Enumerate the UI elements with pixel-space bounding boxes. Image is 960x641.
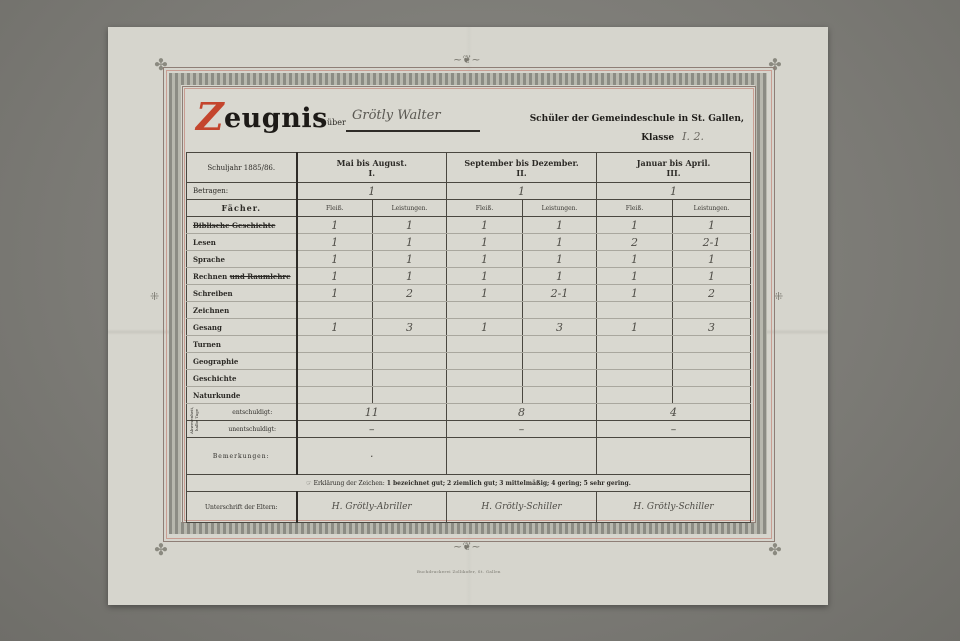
grade-cell: 1: [673, 217, 751, 234]
parent-signature: H. Grötly-Abriller: [297, 492, 447, 523]
table-row: Rechnen und Raumlehre 1 1 1 1 1 1: [187, 268, 751, 285]
remarks-value: [447, 438, 597, 475]
corner-ornament-icon: ✤: [766, 541, 784, 559]
parent-signature: H. Grötly-Schiller: [447, 492, 597, 523]
corner-ornament-icon: ✤: [152, 541, 170, 559]
subject-name: Schreiben: [187, 285, 297, 302]
subject-name: Biblische Geschichte: [193, 221, 275, 230]
grade-cell: 1: [597, 268, 673, 285]
remarks-value: [597, 438, 751, 475]
col-leistungen: Leistungen.: [673, 200, 751, 217]
grade-cell: 1: [297, 268, 373, 285]
table-row: Sprache 1 1 1 1 1 1: [187, 251, 751, 268]
page-title: eugnis: [224, 103, 328, 134]
absence-label: unentschuldigt:: [187, 421, 297, 438]
grade-cell: [597, 302, 673, 319]
col-fleiss: Fleiß.: [597, 200, 673, 217]
grades-table: Schuljahr 1885/86. Mai bis August.I. Sep…: [186, 152, 751, 523]
subject-name: Naturkunde: [187, 387, 297, 404]
grade-cell: 1: [597, 319, 673, 336]
grade-cell: 1: [673, 251, 751, 268]
conduct-label: Betragen:: [187, 183, 297, 200]
table-row: Lesen 1 1 1 1 2 2-1: [187, 234, 751, 251]
grade-cell: 1: [523, 217, 597, 234]
table-row: Naturkunde: [187, 387, 751, 404]
col-fleiss: Fleiß.: [447, 200, 523, 217]
absence-value: 4: [597, 404, 751, 421]
absence-value: –: [447, 421, 597, 438]
grade-cell: 1: [373, 217, 447, 234]
grade-cell: 3: [673, 319, 751, 336]
right-ornament-icon: ⁜: [774, 290, 783, 303]
grade-cell: 2: [673, 285, 751, 302]
grade-cell: 1: [373, 268, 447, 285]
class-label: Klasse: [641, 133, 674, 143]
table-row: Zeichnen: [187, 302, 751, 319]
grade-cell: 1: [447, 251, 523, 268]
conduct-value: 1: [447, 183, 597, 200]
table-row: Geographie: [187, 353, 751, 370]
grade-cell: 1: [373, 251, 447, 268]
top-scroll-ornament-icon: ~❦~: [453, 53, 481, 66]
grade-cell: 3: [373, 319, 447, 336]
col-leistungen: Leistungen.: [523, 200, 597, 217]
absence-value: 8: [447, 404, 597, 421]
grade-cell: 1: [297, 234, 373, 251]
grade-cell: [373, 302, 447, 319]
signature-row: Unterschrift der Eltern: H. Grötly-Abril…: [187, 492, 751, 523]
header: Z eugnis über Grötly Walter Schüler der …: [186, 90, 750, 150]
absence-row-unexcused: unentschuldigt: – – –: [187, 421, 751, 438]
grade-cell: 1: [597, 217, 673, 234]
grade-cell: 1: [523, 268, 597, 285]
grade-cell: 1: [597, 251, 673, 268]
remarks-value: ·: [297, 438, 447, 475]
grade-cell: 1: [297, 217, 373, 234]
period-header-2: September bis Dezember.II.: [447, 153, 597, 183]
school-line: Schüler der Gemeindeschule in St. Gallen…: [530, 114, 744, 124]
grade-cell: 1: [523, 234, 597, 251]
grade-cell: [447, 302, 523, 319]
grade-cell: 1: [297, 319, 373, 336]
grade-cell: 1: [597, 285, 673, 302]
signature-label: Unterschrift der Eltern:: [187, 492, 297, 523]
period-header-1: Mai bis August.I.: [297, 153, 447, 183]
parent-signature: H. Grötly-Schiller: [597, 492, 751, 523]
grade-cell: 1: [523, 251, 597, 268]
legend-row: ☞ Erklärung der Zeichen: 1 bezeichnet gu…: [187, 475, 751, 492]
grade-cell: 2: [597, 234, 673, 251]
subject-name: Gesang: [187, 319, 297, 336]
table-row: Turnen: [187, 336, 751, 353]
subject-struck-part: und Raumlehre: [230, 272, 291, 281]
subject-name: Rechnen: [193, 272, 227, 281]
class-value: I. 2.: [682, 130, 704, 143]
remarks-row: Bemerkungen: ·: [187, 438, 751, 475]
col-leistungen: Leistungen.: [373, 200, 447, 217]
absence-value: –: [597, 421, 751, 438]
col-fleiss: Fleiß.: [297, 200, 373, 217]
conduct-value: 1: [297, 183, 447, 200]
left-ornament-icon: ⁜: [150, 290, 159, 303]
grade-cell: 1: [447, 319, 523, 336]
remarks-label: Bemerkungen:: [187, 438, 297, 475]
absence-row-excused: Abwesenheit, halbe Tage entschuldigt: 11…: [187, 404, 751, 421]
grade-legend: ☞ Erklärung der Zeichen: 1 bezeichnet gu…: [187, 475, 751, 492]
grade-cell: [673, 302, 751, 319]
period-header-3: Januar bis April.III.: [597, 153, 751, 183]
grade-cell: 1: [447, 217, 523, 234]
conduct-value: 1: [597, 183, 751, 200]
report-content: Z eugnis über Grötly Walter Schüler der …: [186, 90, 750, 518]
grade-cell: 1: [447, 285, 523, 302]
printer-imprint: Buchdruckerei Zollikofer, St. Gallen: [417, 569, 501, 574]
subjects-header: Fächer.: [187, 200, 297, 217]
absence-group-label: Abwesenheit, halbe Tage: [189, 406, 199, 434]
subject-name: Lesen: [187, 234, 297, 251]
grade-cell: 1: [297, 251, 373, 268]
grade-cell: 2-1: [673, 234, 751, 251]
absence-value: 11: [297, 404, 447, 421]
grade-cell: [523, 302, 597, 319]
subject-name: Turnen: [187, 336, 297, 353]
grade-cell: 3: [523, 319, 597, 336]
subject-name: Zeichnen: [187, 302, 297, 319]
pointing-hand-icon: ☞: [306, 480, 311, 487]
table-row: Biblische Geschichte 1 1 1 1 1 1: [187, 217, 751, 234]
grade-cell: 2-1: [523, 285, 597, 302]
subject-name: Geschichte: [187, 370, 297, 387]
table-row: Schreiben 1 2 1 2-1 1 2: [187, 285, 751, 302]
title-initial: Z: [196, 94, 224, 139]
school-year: Schuljahr 1885/86.: [187, 153, 297, 183]
student-name-field: Grötly Walter: [346, 108, 480, 132]
grade-cell: 1: [297, 285, 373, 302]
grade-cell: 1: [373, 234, 447, 251]
grade-cell: 1: [673, 268, 751, 285]
class-line: KlasseI. 2.: [641, 130, 704, 143]
absence-value: –: [297, 421, 447, 438]
absence-label: entschuldigt:: [232, 409, 272, 416]
grade-cell: 2: [373, 285, 447, 302]
ueber-label: über: [327, 118, 346, 127]
table-row: Gesang 1 3 1 3 1 3: [187, 319, 751, 336]
grade-cell: 1: [447, 234, 523, 251]
grade-cell: 1: [447, 268, 523, 285]
grade-cell: [297, 302, 373, 319]
subject-name: Sprache: [187, 251, 297, 268]
table-row: Geschichte: [187, 370, 751, 387]
subject-name: Geographie: [187, 353, 297, 370]
